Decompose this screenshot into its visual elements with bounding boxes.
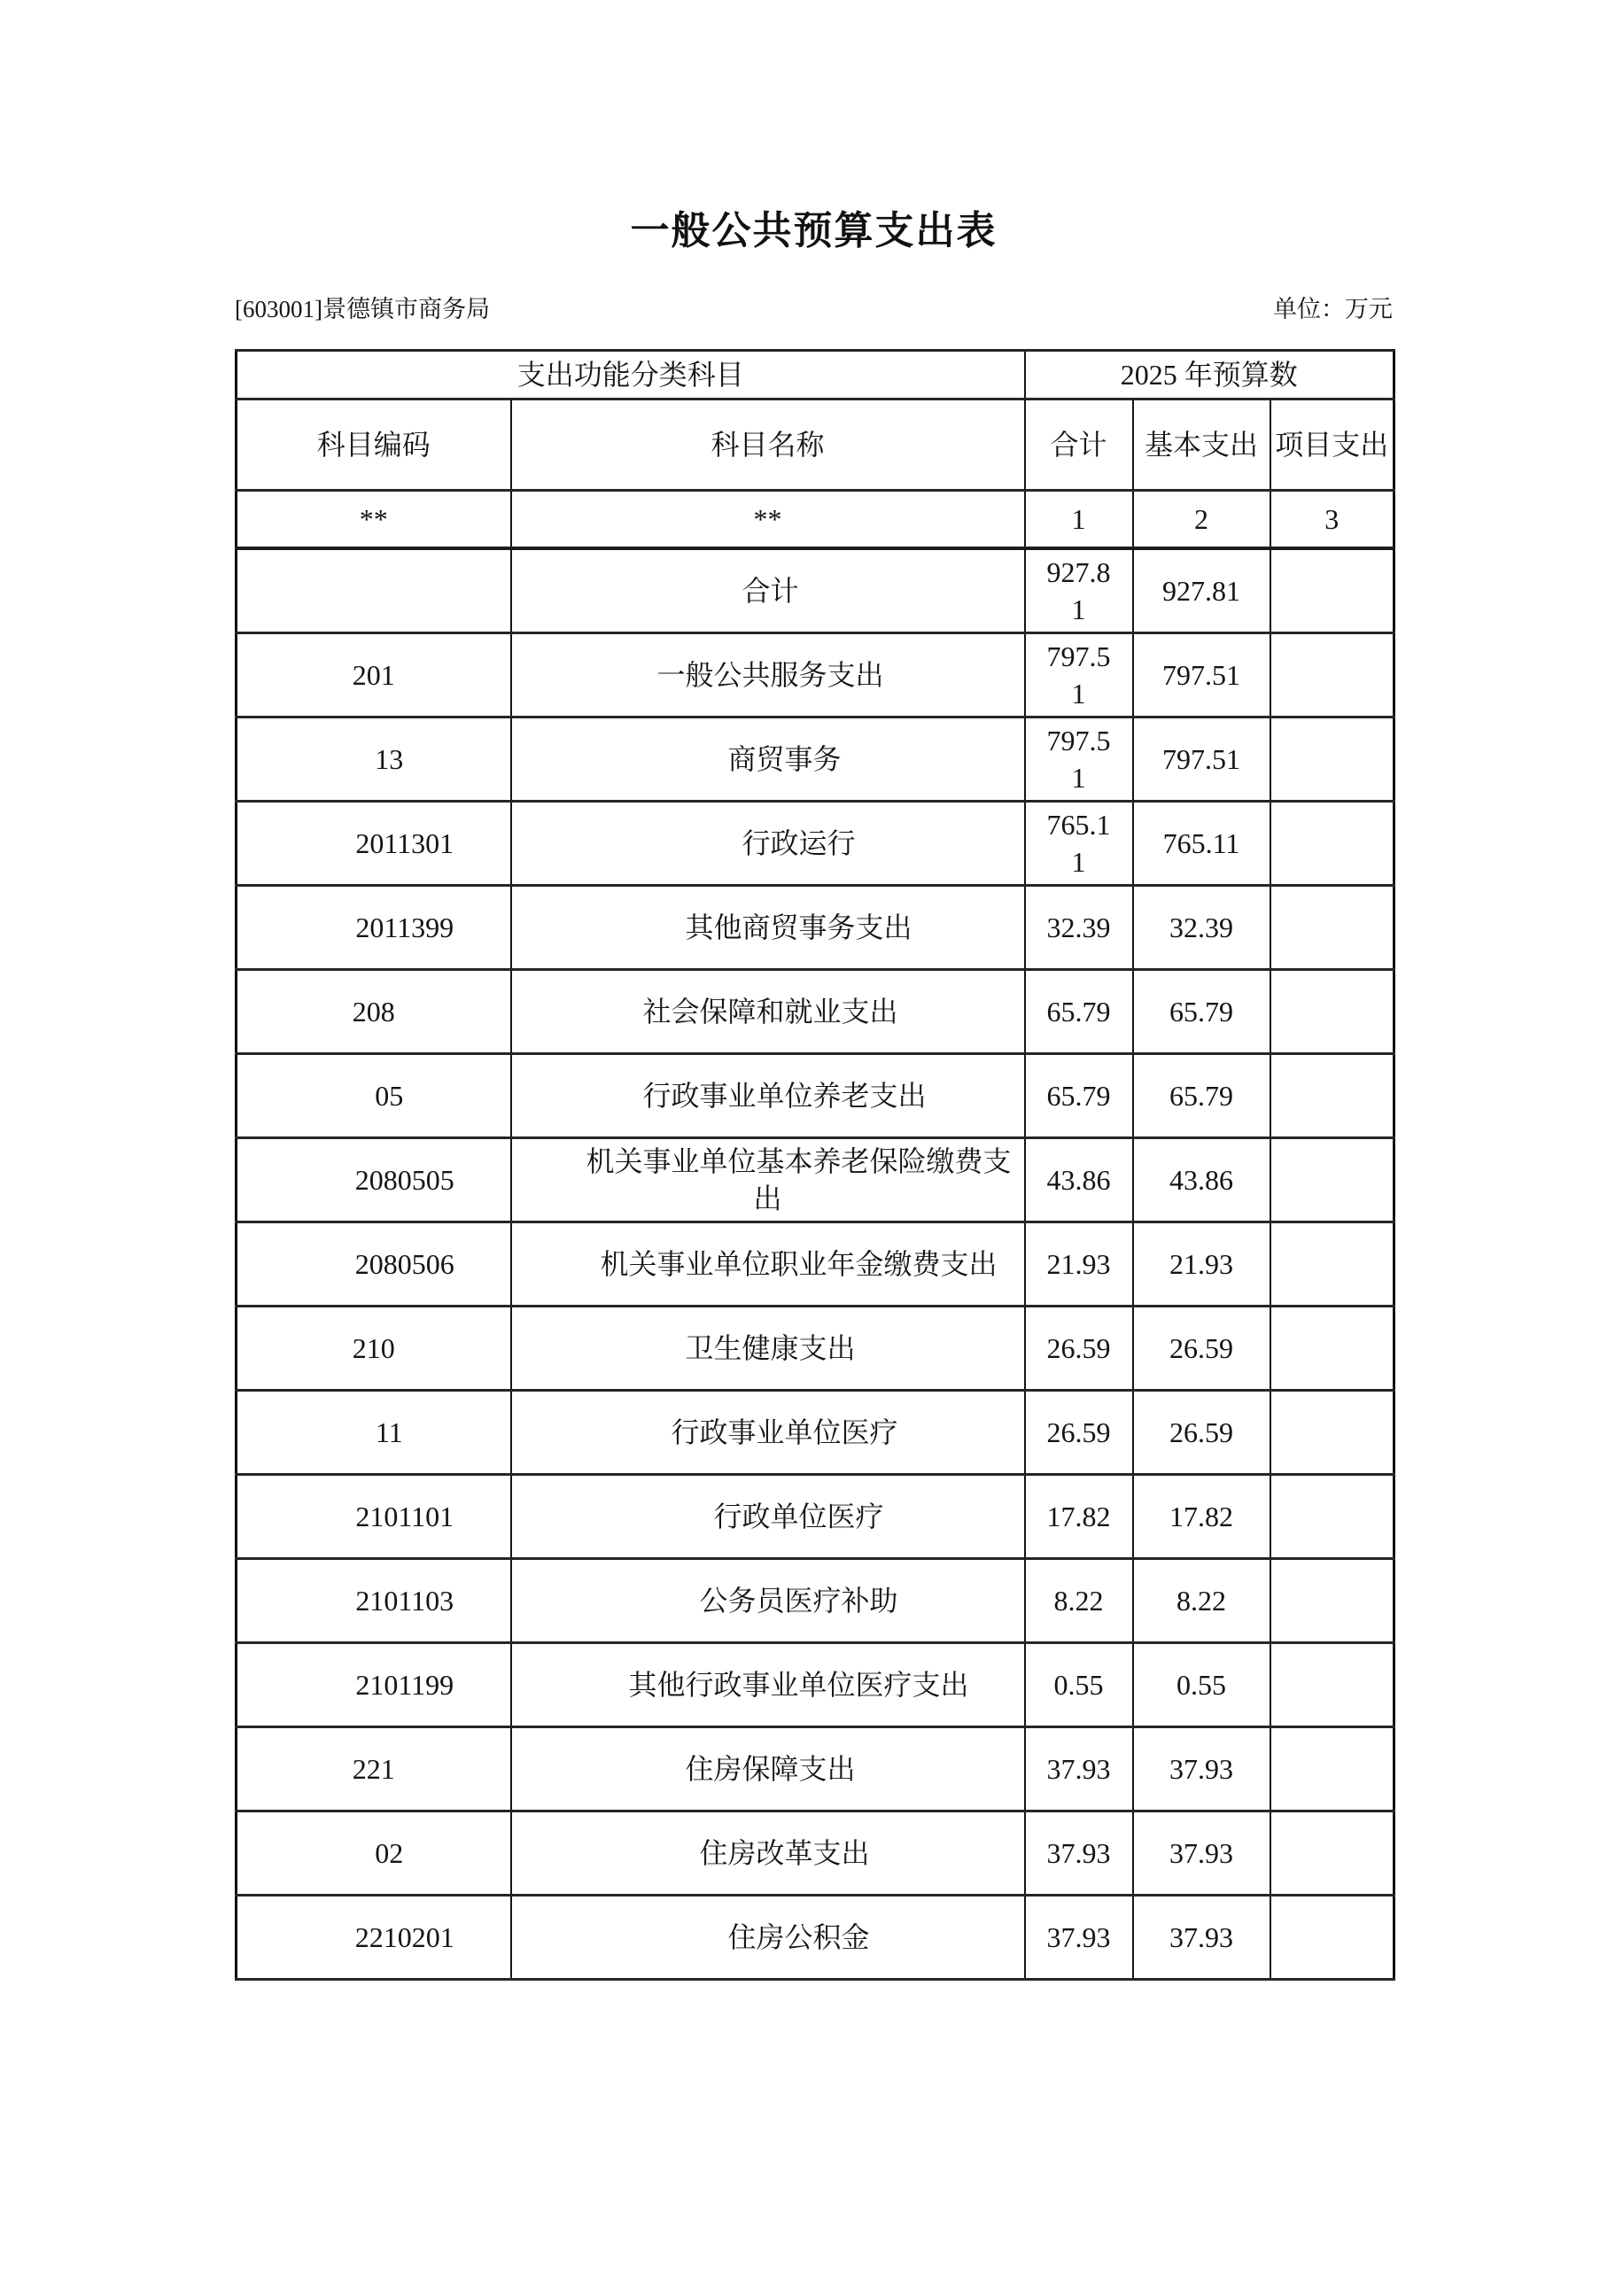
cell-total: 8.22: [1025, 1559, 1133, 1643]
cell-total: 37.93: [1025, 1896, 1133, 1980]
cell-basic: 797.51: [1133, 717, 1270, 802]
budget-table: 支出功能分类科目 2025 年预算数 科目编码 科目名称 合计 基本支出 项目支…: [235, 349, 1395, 1981]
cell-name: 卫生健康支出: [511, 1307, 1025, 1391]
cell-name: 住房保障支出: [511, 1727, 1025, 1811]
header-total: 合计: [1025, 399, 1133, 491]
cell-name: 一般公共服务支出: [511, 633, 1025, 717]
cell-code: 208: [237, 970, 511, 1054]
cell-name: 行政事业单位医疗: [511, 1391, 1025, 1475]
cell-project: [1270, 1727, 1394, 1811]
cell-code: 05: [237, 1054, 511, 1138]
header-subject-code: 科目编码: [237, 399, 511, 491]
table-row: 合计927.81927.81: [237, 548, 1394, 633]
cell-total: 0.55: [1025, 1643, 1133, 1727]
cell-project: [1270, 633, 1394, 717]
cell-basic: 0.55: [1133, 1643, 1270, 1727]
cell-code: 2101101: [237, 1475, 511, 1559]
cell-basic: 37.93: [1133, 1896, 1270, 1980]
header-basic-expense: 基本支出: [1133, 399, 1270, 491]
cell-name: 行政事业单位养老支出: [511, 1054, 1025, 1138]
cell-basic: 32.39: [1133, 886, 1270, 970]
budget-table-body: 合计927.81927.81201一般公共服务支出797.51797.5113商…: [237, 548, 1394, 1980]
cell-name: 住房改革支出: [511, 1811, 1025, 1896]
cell-code: 2210201: [237, 1896, 511, 1980]
cell-basic: 8.22: [1133, 1559, 1270, 1643]
cell-code: 221: [237, 1727, 511, 1811]
cell-project: [1270, 717, 1394, 802]
cell-name: 合计: [511, 548, 1025, 633]
cell-total: 32.39: [1025, 886, 1133, 970]
cell-project: [1270, 1559, 1394, 1643]
header-budget-year-2025: 2025 年预算数: [1025, 351, 1394, 399]
meta-row: [603001]景德镇市商务局 单位：万元: [235, 296, 1393, 322]
cell-basic: 65.79: [1133, 970, 1270, 1054]
cell-code: 210: [237, 1307, 511, 1391]
budget-table-header: 支出功能分类科目 2025 年预算数 科目编码 科目名称 合计 基本支出 项目支…: [237, 351, 1394, 549]
cell-total: 26.59: [1025, 1307, 1133, 1391]
table-row: 210卫生健康支出26.5926.59: [237, 1307, 1394, 1391]
table-row: 221住房保障支出37.9337.93: [237, 1727, 1394, 1811]
page-title: 一般公共预算支出表: [235, 198, 1393, 255]
cell-total: 37.93: [1025, 1811, 1133, 1896]
cell-name: 行政运行: [511, 802, 1025, 886]
table-row: 02住房改革支出37.9337.93: [237, 1811, 1394, 1896]
cell-basic: 37.93: [1133, 1811, 1270, 1896]
header-col-index-1: 1: [1025, 491, 1133, 549]
header-col-index-3: 3: [1270, 491, 1394, 549]
cell-total: 797.51: [1025, 717, 1133, 802]
cell-total: 765.11: [1025, 802, 1133, 886]
table-row: 05行政事业单位养老支出65.7965.79: [237, 1054, 1394, 1138]
cell-project: [1270, 1222, 1394, 1307]
table-row: 2011399其他商贸事务支出32.3932.39: [237, 886, 1394, 970]
table-row: 2101101行政单位医疗17.8217.82: [237, 1475, 1394, 1559]
document-body: 一般公共预算支出表 [603001]景德镇市商务局 单位：万元 支出功能分类科目…: [235, 0, 1393, 1981]
cell-name: 社会保障和就业支出: [511, 970, 1025, 1054]
cell-code: 02: [237, 1811, 511, 1896]
unit-label: 单位：万元: [1273, 296, 1393, 322]
cell-basic: 797.51: [1133, 633, 1270, 717]
cell-code: 2011301: [237, 802, 511, 886]
cell-name: 其他行政事业单位医疗支出: [511, 1643, 1025, 1727]
table-row: 2101103公务员医疗补助8.228.22: [237, 1559, 1394, 1643]
cell-project: [1270, 1643, 1394, 1727]
header-project-expense: 项目支出: [1270, 399, 1394, 491]
cell-basic: 17.82: [1133, 1475, 1270, 1559]
cell-code: 13: [237, 717, 511, 802]
cell-name: 公务员医疗补助: [511, 1559, 1025, 1643]
cell-project: [1270, 1811, 1394, 1896]
header-mask-name: **: [511, 491, 1025, 549]
cell-project: [1270, 1896, 1394, 1980]
cell-code: 201: [237, 633, 511, 717]
cell-total: 797.51: [1025, 633, 1133, 717]
header-function-category: 支出功能分类科目: [237, 351, 1025, 399]
org-code-name: [603001]景德镇市商务局: [235, 296, 490, 322]
cell-name: 住房公积金: [511, 1896, 1025, 1980]
cell-total: 37.93: [1025, 1727, 1133, 1811]
cell-project: [1270, 802, 1394, 886]
cell-code: 11: [237, 1391, 511, 1475]
cell-name: 商贸事务: [511, 717, 1025, 802]
table-row: 2080505机关事业单位基本养老保险缴费支出43.8643.86: [237, 1138, 1394, 1222]
table-row: 13商贸事务797.51797.51: [237, 717, 1394, 802]
cell-project: [1270, 1307, 1394, 1391]
cell-code: 2101103: [237, 1559, 511, 1643]
table-row: 2101199其他行政事业单位医疗支出0.550.55: [237, 1643, 1394, 1727]
cell-project: [1270, 886, 1394, 970]
cell-basic: 26.59: [1133, 1307, 1270, 1391]
cell-total: 17.82: [1025, 1475, 1133, 1559]
cell-project: [1270, 548, 1394, 633]
cell-basic: 43.86: [1133, 1138, 1270, 1222]
cell-basic: 927.81: [1133, 548, 1270, 633]
cell-code: 2101199: [237, 1643, 511, 1727]
cell-code: 2080506: [237, 1222, 511, 1307]
table-row: 208社会保障和就业支出65.7965.79: [237, 970, 1394, 1054]
cell-total: 65.79: [1025, 970, 1133, 1054]
cell-code: 2080505: [237, 1138, 511, 1222]
cell-basic: 65.79: [1133, 1054, 1270, 1138]
cell-project: [1270, 1391, 1394, 1475]
header-group-row: 支出功能分类科目 2025 年预算数: [237, 351, 1394, 399]
cell-name: 行政单位医疗: [511, 1475, 1025, 1559]
cell-total: 21.93: [1025, 1222, 1133, 1307]
cell-total: 43.86: [1025, 1138, 1133, 1222]
cell-basic: 765.11: [1133, 802, 1270, 886]
cell-basic: 21.93: [1133, 1222, 1270, 1307]
table-row: 2210201住房公积金37.9337.93: [237, 1896, 1394, 1980]
header-subject-name: 科目名称: [511, 399, 1025, 491]
cell-total: 26.59: [1025, 1391, 1133, 1475]
table-row: 201一般公共服务支出797.51797.51: [237, 633, 1394, 717]
cell-basic: 26.59: [1133, 1391, 1270, 1475]
table-row: 2011301行政运行765.11765.11: [237, 802, 1394, 886]
cell-name: 其他商贸事务支出: [511, 886, 1025, 970]
cell-code: [237, 548, 511, 633]
table-row: 2080506机关事业单位职业年金缴费支出21.9321.93: [237, 1222, 1394, 1307]
cell-total: 65.79: [1025, 1054, 1133, 1138]
cell-name: 机关事业单位基本养老保险缴费支出: [511, 1138, 1025, 1222]
cell-project: [1270, 1054, 1394, 1138]
header-columns-row: 科目编码 科目名称 合计 基本支出 项目支出: [237, 399, 1394, 491]
header-mask-code: **: [237, 491, 511, 549]
cell-project: [1270, 1138, 1394, 1222]
cell-project: [1270, 1475, 1394, 1559]
cell-project: [1270, 970, 1394, 1054]
header-col-index-2: 2: [1133, 491, 1270, 549]
cell-basic: 37.93: [1133, 1727, 1270, 1811]
header-index-row: ** ** 1 2 3: [237, 491, 1394, 549]
cell-total: 927.81: [1025, 548, 1133, 633]
budget-document-page: { "page": { "title": "一般公共预算支出表", "org":…: [0, 0, 1623, 2296]
cell-code: 2011399: [237, 886, 511, 970]
cell-name: 机关事业单位职业年金缴费支出: [511, 1222, 1025, 1307]
table-row: 11行政事业单位医疗26.5926.59: [237, 1391, 1394, 1475]
